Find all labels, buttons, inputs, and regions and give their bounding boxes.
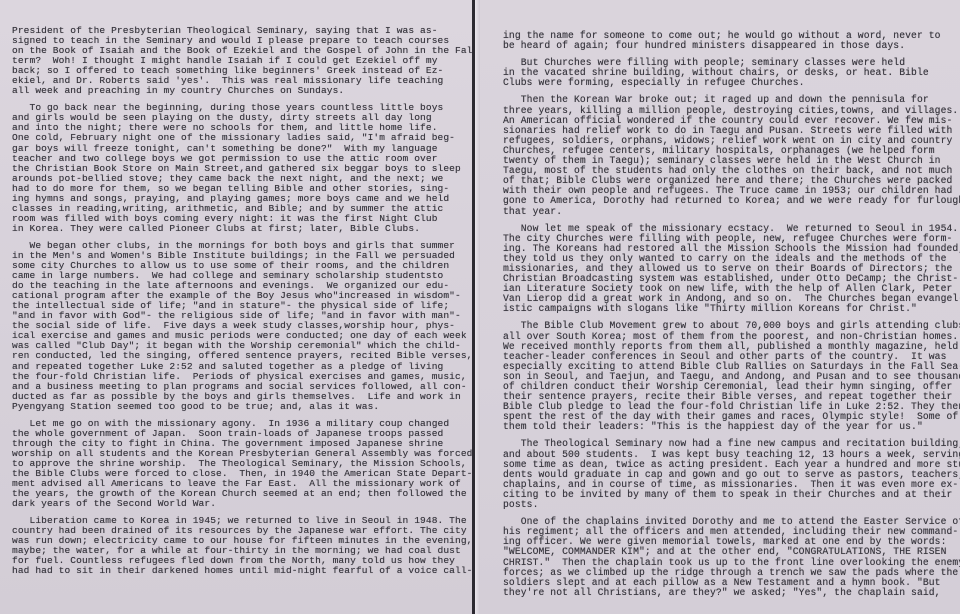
text-line: posts. <box>503 500 960 510</box>
right-page: ing the name for someone to come out; he… <box>480 0 960 614</box>
paragraph: The Theological Seminary now had a fine … <box>503 439 960 510</box>
paragraph: But Churches were filling with people; s… <box>503 58 960 88</box>
text-line: they're not all Christians, are they?" w… <box>503 588 960 598</box>
paragraph: ing the name for someone to come out; he… <box>503 31 960 51</box>
text-line: had had to sit in their darkened homes u… <box>12 566 472 576</box>
text-line: all week and preaching in my country Chu… <box>12 86 472 96</box>
text-line: ren conducted, led the singing, offered … <box>12 351 472 361</box>
text-line: them told their leaders: "This is the ha… <box>503 422 960 432</box>
text-line: in Korea. They were called Pioneer Clubs… <box>12 224 472 234</box>
document-spread: President of the Presbyterian Theologica… <box>0 0 960 614</box>
text-line: that year. <box>503 207 960 217</box>
paragraph: We began other clubs, in the mornings fo… <box>12 241 472 412</box>
left-page: President of the Presbyterian Theologica… <box>0 0 472 614</box>
text-line: be heard of again; four hundred minister… <box>503 41 960 51</box>
paragraph: President of the Presbyterian Theologica… <box>12 26 472 96</box>
paragraph: Let me go on with the missionary agony. … <box>12 419 472 509</box>
text-line: One cold, February night one of the miss… <box>12 133 472 143</box>
text-line: "WELCOME, COMMANDER KIM"; and at the oth… <box>503 547 960 557</box>
text-line: gone to America, Dorothy had returned to… <box>503 196 960 206</box>
paragraph: The Bible Club Movement grew to about 70… <box>503 321 960 432</box>
text-line: dark years of the Second World War. <box>12 499 472 509</box>
text-line: Pyengyang Station seemed too good to be … <box>12 402 472 412</box>
text-line: istic campaigns with slogans like "Thirt… <box>503 304 960 314</box>
text-line: Clubs were forming, especially in refuge… <box>503 78 960 88</box>
paragraph: Now let me speak of the missionary ecsta… <box>503 224 960 315</box>
paragraph: Liberation came to Korea in 1945; we ret… <box>12 516 472 576</box>
text-line: citing to be invited by many of them to … <box>503 490 960 500</box>
paragraph: To go back near the beginning, during th… <box>12 103 472 234</box>
paragraph: Then the Korean War broke out; it raged … <box>503 95 960 216</box>
paragraph: One of the chaplains invited Dorothy and… <box>503 517 960 598</box>
